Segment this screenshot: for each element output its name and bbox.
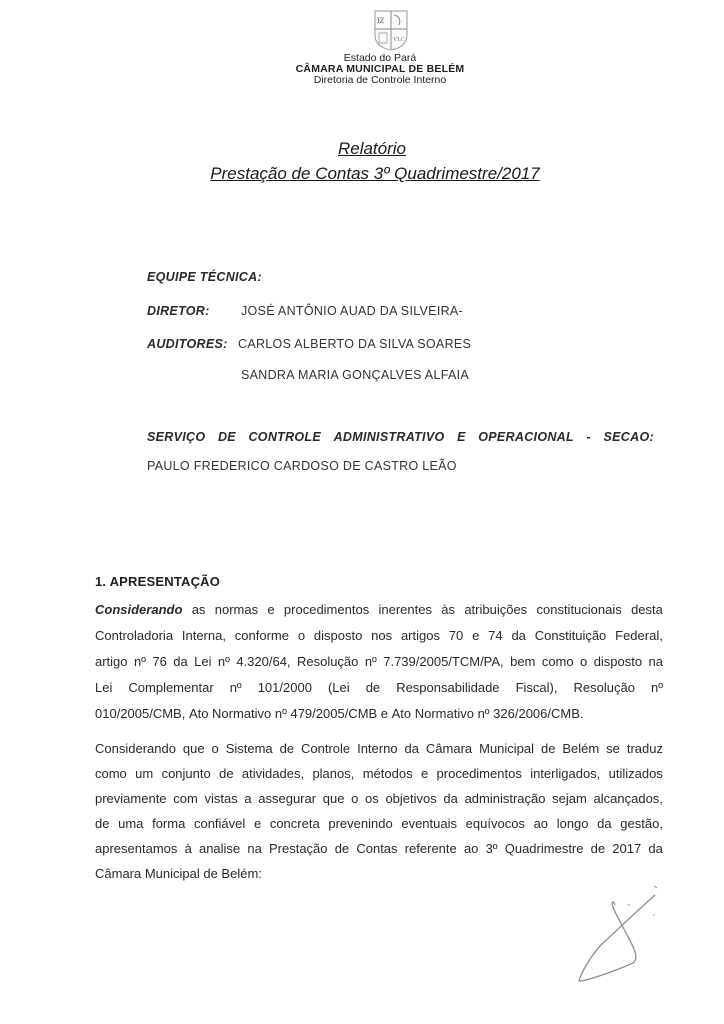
service-label-word: - <box>587 430 591 444</box>
director-name: JOSÉ ANTÔNIO AUAD DA SILVEIRA- <box>241 304 463 318</box>
report-title: Relatório <box>0 139 724 159</box>
service-label: SERVIÇODECONTROLEADMINISTRATIVOEOPERACIO… <box>147 430 654 444</box>
service-label-word: DE <box>218 430 236 444</box>
section-heading: 1. APRESENTAÇÃO <box>95 574 220 589</box>
team-heading: EQUIPE TÉCNICA: <box>147 270 262 284</box>
paragraph-line: apresentamosàanalisenaPrestaçãodeContasr… <box>95 841 663 857</box>
handwritten-signature-icon <box>575 885 685 995</box>
paragraph-line: 010/2005/CMB,AtoNormativonº479/2005/CMBe… <box>95 706 663 722</box>
coat-of-arms-icon: IZ VLC <box>372 9 410 51</box>
auditors-label: AUDITORES: <box>147 337 228 351</box>
paragraph-line: LeiComplementarnº101/2000(LeideResponsab… <box>95 680 663 696</box>
service-label-word: OPERACIONAL <box>478 430 574 444</box>
paragraph-line: CâmaraMunicipaldeBelém: <box>95 866 663 882</box>
director-label: DIRETOR: <box>147 304 210 318</box>
paragraph-line: ControladoriaInterna,conformeodispostono… <box>95 628 663 644</box>
paragraph-line: Considerandoasnormaseprocedimentosineren… <box>95 602 663 618</box>
auditor-name: SANDRA MARIA GONÇALVES ALFAIA <box>241 368 469 382</box>
svg-text:IZ: IZ <box>377 16 385 25</box>
report-subtitle: Prestação de Contas 3º Quadrimestre/2017 <box>0 164 724 184</box>
paragraph-line: previamentecomvistasaassegurarqueoosobje… <box>95 791 663 807</box>
service-member-name: PAULO FREDERICO CARDOSO DE CASTRO LEÃO <box>147 459 457 473</box>
paragraph-line: artigonº76daLeinº4.320/64,Resoluçãonº7.7… <box>95 654 663 670</box>
paragraph-line: comoumconjuntodeatividades,planos,método… <box>95 766 663 782</box>
service-label-word: E <box>457 430 466 444</box>
paragraph-line: deumaformaconfiáveleconcretaprevenindoev… <box>95 816 663 832</box>
service-label-word: CONTROLE <box>248 430 321 444</box>
auditor-name: CARLOS ALBERTO DA SILVA SOARES <box>238 337 471 351</box>
department-name: Diretoria de Controle Interno <box>0 75 724 86</box>
service-label-word: SERVIÇO <box>147 430 205 444</box>
paragraph-line: ConsiderandoqueoSistemadeControleInterno… <box>95 741 663 757</box>
service-label-word: SECAO: <box>604 430 654 444</box>
svg-text:VLC: VLC <box>393 37 405 43</box>
service-label-word: ADMINISTRATIVO <box>334 430 445 444</box>
